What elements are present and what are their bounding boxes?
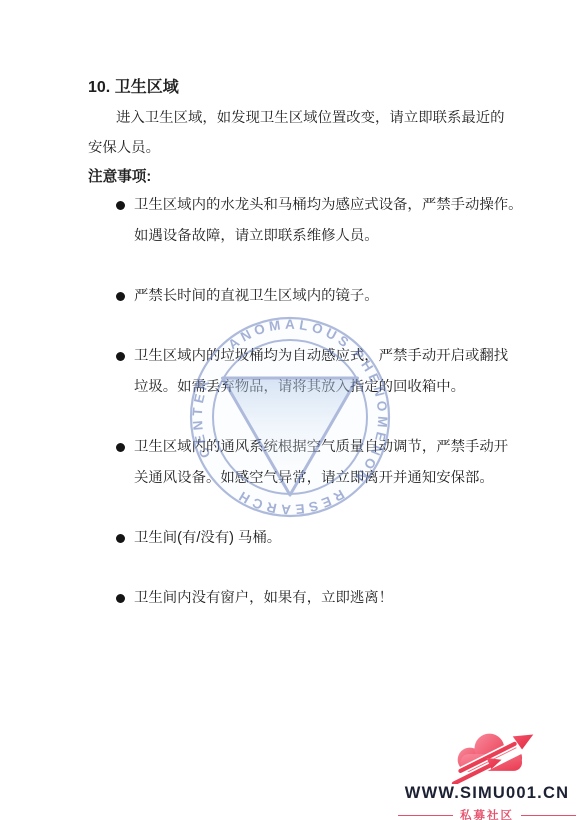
bullet-dot-icon — [116, 201, 125, 210]
list-item: 严禁长时间的直视卫生区域内的镜子。 — [112, 281, 542, 312]
list-item-text: 卫生区域内的通风系统根据空气质量自动调节，严禁手动开 关通风设备。如感空气异常，… — [134, 439, 508, 486]
site-tagline: 私募社区 — [460, 807, 514, 820]
list-item-text: 卫生区域内的垃圾桶均为自动感应式，严禁手动开启或翻找 垃圾。如需丢弃物品，请将其… — [134, 348, 508, 395]
bullet-dot-icon — [116, 292, 125, 301]
bullet-dot-icon — [116, 443, 125, 452]
safety-bullet-list: 卫生区域内的水龙头和马桶均为感应式设备，严禁手动操作。 如遇设备故障，请立即联系… — [112, 190, 542, 643]
document-page: { "document": { "heading": "10. 卫生区域", "… — [0, 0, 580, 820]
bullet-dot-icon — [116, 352, 125, 361]
site-logo: WWW.SIMU001.CN 私募社区 — [398, 726, 576, 820]
page-title: 10. 卫生区域 — [88, 74, 179, 97]
list-item-text: 严禁长时间的直视卫生区域内的镜子。 — [134, 288, 379, 304]
notes-label: 注意事项: — [88, 162, 151, 192]
site-domain-text: WWW.SIMU001.CN — [398, 784, 576, 803]
list-item-text: 卫生间内没有窗户，如果有，立即逃离！ — [134, 590, 393, 606]
trend-cloud-logo-icon — [448, 728, 542, 784]
list-item: 卫生区域内的水龙头和马桶均为感应式设备，严禁手动操作。 如遇设备故障，请立即联系… — [112, 190, 542, 252]
bullet-dot-icon — [116, 594, 125, 603]
list-item: 卫生间内没有窗户，如果有，立即逃离！ — [112, 583, 542, 614]
list-item-text: 卫生间(有/没有) 马桶。 — [134, 530, 281, 546]
list-item: 卫生间(有/没有) 马桶。 — [112, 523, 542, 554]
intro-paragraph: 进入卫生区域，如发现卫生区域位置改变，请立即联系最近的 安保人员。 — [88, 103, 533, 163]
list-item: 卫生区域内的垃圾桶均为自动感应式，严禁手动开启或翻找 垃圾。如需丢弃物品，请将其… — [112, 341, 542, 403]
tagline-divider-line — [398, 815, 453, 816]
tagline-divider-line — [521, 815, 576, 816]
list-item-text: 卫生区域内的水龙头和马桶均为感应式设备，严禁手动操作。 如遇设备故障，请立即联系… — [134, 197, 523, 244]
bullet-dot-icon — [116, 534, 125, 543]
list-item: 卫生区域内的通风系统根据空气质量自动调节，严禁手动开 关通风设备。如感空气异常，… — [112, 432, 542, 494]
site-tagline-row: 私募社区 — [398, 807, 576, 820]
